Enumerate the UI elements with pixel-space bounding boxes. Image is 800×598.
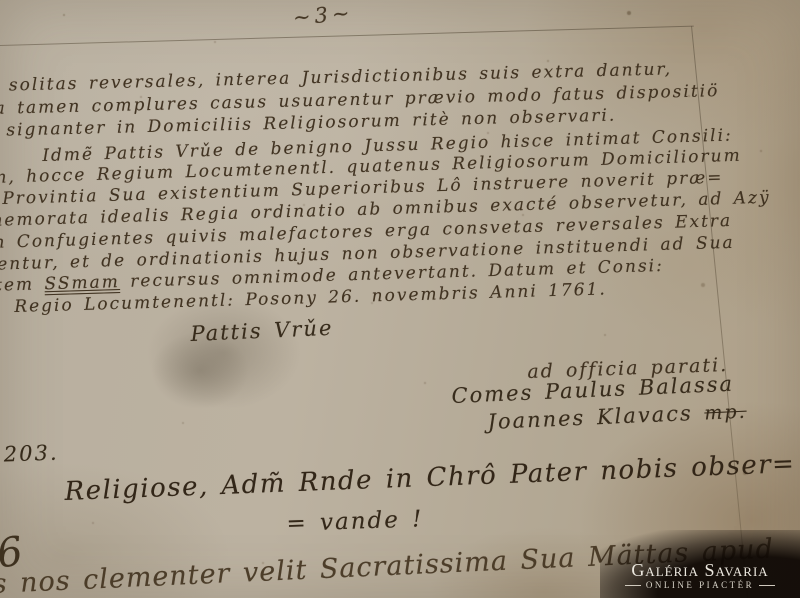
- watermark-subtitle: ONLINE PIACTÉR: [625, 579, 775, 593]
- letter2-heading: Religiose, Adm̃ Rnde in Chrô Pater nobis…: [64, 449, 796, 507]
- paragraph2-line7-underlined-word: SSmam: [44, 272, 120, 294]
- folio-number: 1203.: [0, 441, 59, 467]
- manuscript-page: ~3~ ſ solitas reversales, interea Jurisd…: [0, 0, 800, 598]
- paper-specks: [0, 0, 2, 2]
- watermark: Galéria Savaria ONLINE PIACTÉR: [600, 530, 800, 598]
- signature-klavacs-flourish: mp.: [704, 401, 747, 425]
- salutation: Pattis Vrǔe: [190, 316, 334, 346]
- page-number: ~3~: [292, 1, 354, 30]
- letter2-heading-continuation: = vande !: [286, 506, 424, 537]
- ruled-margin-line: [691, 26, 748, 598]
- ruled-line-top: [0, 26, 694, 46]
- paragraph2-line7-prefix: ttem: [0, 274, 45, 296]
- signature-klavacs-name: Joannes Klavacs: [487, 401, 693, 434]
- watermark-title: Galéria Savaria: [631, 561, 768, 579]
